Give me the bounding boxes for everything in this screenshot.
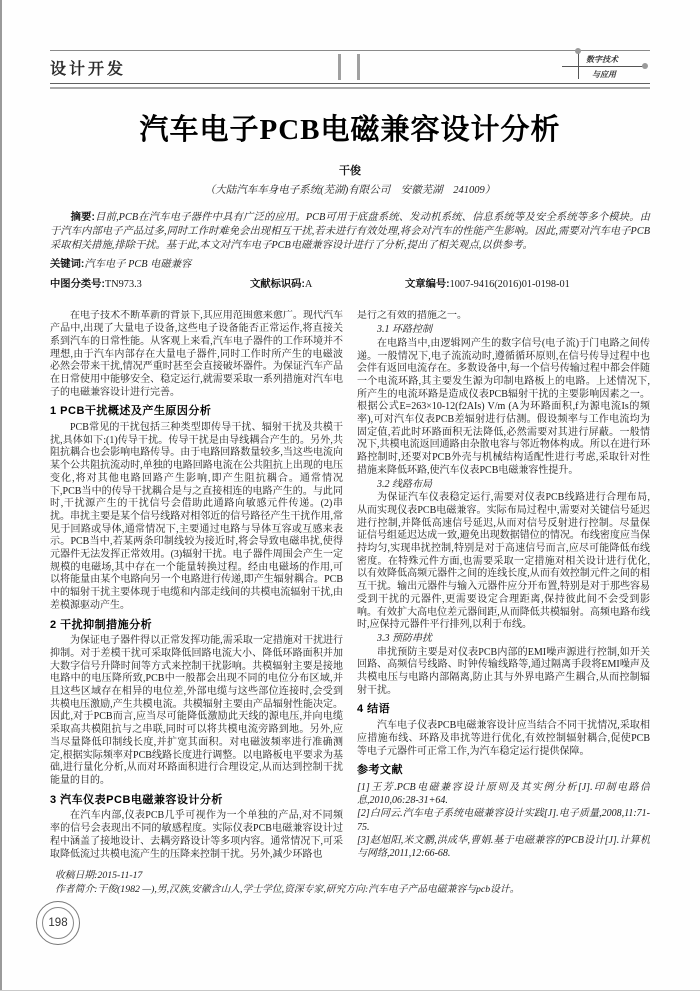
abstract-label: 摘要:: [71, 212, 95, 223]
bio-label: 作者简介:: [55, 884, 97, 895]
section4-paragraph: 汽车电子仪表PCB电磁兼容设计应当结合不同干扰情况,采取相应措施布线、环路及串扰…: [357, 720, 650, 758]
subsection33-heading: 3.3 预防串扰: [357, 633, 650, 646]
journal-name-line1: 数字技术: [586, 54, 618, 65]
journal-logo: 数字技术 与应用: [562, 51, 646, 83]
subsection31-paragraph: 在电路当中,由逻辑网产生的数字信号(电子流)于门电路之间传递。一般情况下,电子流…: [357, 338, 650, 478]
received-date-line: 收稿日期:2015-11-17: [55, 869, 655, 883]
page-content: 设计开发 数字技术 与应用 汽车电子PCB电磁兼容设计分析 干俊 （大陆汽车车身…: [50, 50, 650, 876]
clc-label: 中图分类号:: [50, 279, 105, 290]
received-value: 2015-11-17: [97, 870, 142, 881]
section3-paragraph: 在汽车内部,仪表PCB几乎可视作为一个单独的产品,对不同频率的信号会表现出不同的…: [50, 810, 343, 861]
subsection33-paragraph: 串扰预防主要是对仪表PCB内部的EMI噪声源进行控制,如开关回路、高频信号线路、…: [357, 647, 650, 698]
keywords-text: 汽车电子 PCB 电磁兼容: [84, 259, 191, 270]
article-title: 汽车电子PCB电磁兼容设计分析: [50, 107, 650, 148]
bio-text: 干俊(1982 —),男,汉族,安徽含山人,学士学位,资深专家,研究方向:汽车电…: [97, 884, 519, 895]
section2-heading: 2 干扰抑制措施分析: [50, 619, 343, 632]
scan-edge: [0, 0, 2, 991]
section3-heading: 3 汽车仪表PCB电磁兼容设计分析: [50, 794, 343, 807]
section4-heading: 4 结语: [357, 703, 650, 716]
column-section-label: 设计开发: [50, 56, 126, 79]
reference-item: [3]赵旭阳,米文鹏,洪成华,曹娟.基于电磁兼容的PCB设计[J].计算机与网络…: [357, 834, 650, 860]
doc-code-value: A: [305, 279, 312, 290]
header-double-rule: [50, 83, 650, 89]
logo-dot-icon: [575, 48, 581, 54]
right-column: 是行之有效的措施之一。 3.1 环路控制 在电路当中,由逻辑网产生的数字信号(电…: [357, 310, 650, 876]
header-divider-bars-icon: [338, 54, 360, 80]
section1-paragraph: PCB常见的干扰包括三种类型即传导干扰、辐射干扰及共模干扰,具体如下:(1)传导…: [50, 422, 343, 613]
clc-value: TN973.3: [105, 279, 142, 290]
abstract-text: 目前,PCB在汽车电子器件中具有广泛的应用。PCB可用于底盘系统、发动机系统、信…: [50, 212, 650, 251]
logo-hline: [562, 66, 646, 67]
keywords-label: 关键词:: [50, 259, 84, 270]
page-header: 设计开发 数字技术 与应用: [50, 51, 650, 83]
intro-paragraph: 在电子技术不断革新的背景下,其应用范围愈来愈广。现代汽车产品中,出现了大量电子设…: [50, 310, 343, 399]
page-number-stamp: 198: [36, 901, 80, 945]
subsection32-heading: 3.2 线路布局: [357, 479, 650, 492]
logo-dot-icon: [642, 63, 648, 69]
body-columns: 在电子技术不断革新的背景下,其应用范围愈来愈广。现代汽车产品中,出现了大量电子设…: [50, 310, 650, 876]
section3-continuation: 是行之有效的措施之一。: [357, 310, 650, 323]
author-name: 干俊: [50, 162, 650, 178]
classification-row: 中图分类号:TN973.3 文献标识码:A 文章编号:1007-9416(201…: [50, 275, 650, 290]
article-id-value: 1007-9416(2016)01-0198-01: [450, 279, 570, 290]
reference-item: [1]王芳.PCB电磁兼容设计原则及其实例分析[J].印制电路信息,2010,0…: [357, 781, 650, 807]
journal-name-line2: 与应用: [592, 69, 616, 80]
section1-heading: 1 PCB干扰概述及产生原因分析: [50, 405, 343, 418]
author-bio-line: 作者简介:干俊(1982 —),男,汉族,安徽含山人,学士学位,资深专家,研究方…: [55, 883, 655, 897]
reference-item: [2]白同云.汽车电子系统电磁兼容设计实践[J].电子质量,2008,11:71…: [357, 807, 650, 833]
references-heading: 参考文献: [357, 764, 650, 777]
section2-paragraph: 为保证电子器件得以正常发挥功能,需采取一定措施对干扰进行抑制。对于差模干扰可采取…: [50, 635, 343, 787]
subsection32-paragraph: 为保证汽车仪表稳定运行,需要对仪表PCB线路进行合理布局,从而实现仪表PCB电磁…: [357, 492, 650, 632]
page-number: 198: [42, 907, 74, 939]
left-column: 在电子技术不断革新的背景下,其应用范围愈来愈广。现代汽车产品中,出现了大量电子设…: [50, 310, 343, 876]
doc-code-label: 文献标识码:: [250, 279, 305, 290]
author-affiliation: （大陆汽车车身电子系统(芜湖)有限公司 安徽芜湖 241009）: [50, 182, 650, 197]
footnote-block: 收稿日期:2015-11-17 作者简介:干俊(1982 —),男,汉族,安徽含…: [55, 869, 655, 896]
keywords-row: 关键词:汽车电子 PCB 电磁兼容: [50, 255, 650, 270]
received-label: 收稿日期:: [55, 870, 97, 881]
abstract-block: 摘要:目前,PCB在汽车电子器件中具有广泛的应用。PCB可用于底盘系统、发动机系…: [50, 211, 650, 252]
subsection31-heading: 3.1 环路控制: [357, 324, 650, 337]
article-id-label: 文章编号:: [405, 279, 450, 290]
journal-page: 设计开发 数字技术 与应用 汽车电子PCB电磁兼容设计分析 干俊 （大陆汽车车身…: [0, 0, 700, 991]
